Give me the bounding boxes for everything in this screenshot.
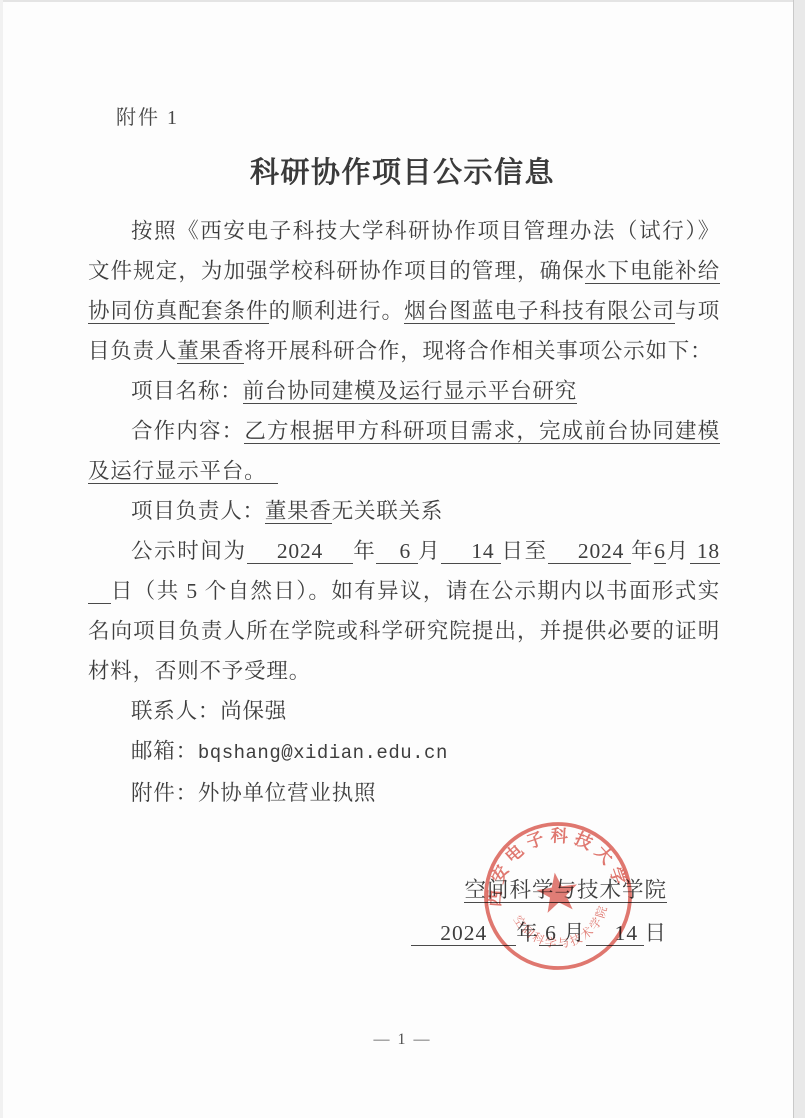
underlined-text-segment: 2024 [247,539,354,564]
text-segment: 年 [353,539,376,563]
text-segment: 日 [644,921,667,945]
paragraph-attachment: 附件：外协单位营业执照 [88,773,720,813]
underlined-text-segment: 6 [654,539,666,564]
signature-date: 2024 年 6 月 14 日 [411,912,667,955]
signature-block: 空间科学与技术学院 2024 年 6 月 14 日 [411,869,667,955]
text-segment: 月 [666,539,690,563]
underlined-text-segment: 空间科学与技术学院 [464,878,667,903]
paragraph-project-name: 项目名称：前台协同建模及运行显示平台研究 [88,371,720,411]
paragraph-contact: 联系人：尚保强 [88,691,720,731]
paragraph-notice-period: 公示时间为 2024 年 6 月 14 日至 2024 年6月 18 日（共 5… [88,531,720,691]
text-segment: bqshang@xidian.edu.cn [198,742,448,764]
text-segment: 项目名称： [131,379,243,403]
text-segment: 合作内容： [131,419,244,443]
text-segment: 年 [631,539,654,563]
text-segment: 日（共 5 个自然日）。如有异议，请在公示期内以书面形式实名向项目负责人所在学院… [88,579,720,683]
paragraph-email: 邮箱：bqshang@xidian.edu.cn [88,731,720,773]
text-segment: 邮箱： [131,739,198,763]
text-segment: 项目负责人： [131,499,265,523]
text-segment: 将开展科研合作，现将合作相关事项公示如下： [244,339,712,363]
text-segment: 的顺利进行。 [269,299,404,323]
underlined-text-segment: 董果香 [177,339,244,364]
text-segment: 月 [418,539,441,563]
scan-edge-top [0,0,805,2]
text-segment: 年 [516,921,539,945]
underlined-text-segment: 前台协同建模及运行显示平台研究 [243,379,578,404]
underlined-text-segment: 2024 [411,921,516,946]
text-segment: 月 [563,921,586,945]
text-segment: 联系人：尚保强 [131,699,287,723]
text-segment: 公示时间为 [131,539,247,563]
underlined-text-segment: 14 [441,539,501,564]
scanned-document-page: { "page": { "attachment_label": "附件 1", … [0,0,805,1118]
paragraph-leader: 项目负责人：董果香无关联关系 [88,491,720,531]
text-segment: 附件：外协单位营业执照 [131,781,376,805]
signature-department: 空间科学与技术学院 [411,869,667,912]
underlined-text-segment: 董果香 [265,499,332,524]
underlined-text-segment: 6 [539,921,564,946]
text-segment: 无关联关系 [332,499,444,523]
underlined-text-segment: 6 [376,539,418,564]
paragraph-intro: 按照《西安电子科技大学科研协作项目管理办法（试行）》文件规定，为加强学校科研协作… [88,211,720,371]
page-number: — 1 — [0,1031,805,1049]
underlined-text-segment: 2024 [548,539,631,564]
attachment-label: 附件 1 [116,101,179,130]
document-body: 按照《西安电子科技大学科研协作项目管理办法（试行）》文件规定，为加强学校科研协作… [88,211,720,813]
document-title: 科研协作项目公示信息 [0,150,805,191]
underlined-text-segment: 14 [586,921,645,946]
text-segment: 日至 [501,539,547,563]
underlined-text-segment: 烟台图蓝电子科技有限公司 [404,299,675,324]
paragraph-cooperation: 合作内容：乙方根据甲方科研项目需求，完成前台协同建模及运行显示平台。 [88,411,720,491]
